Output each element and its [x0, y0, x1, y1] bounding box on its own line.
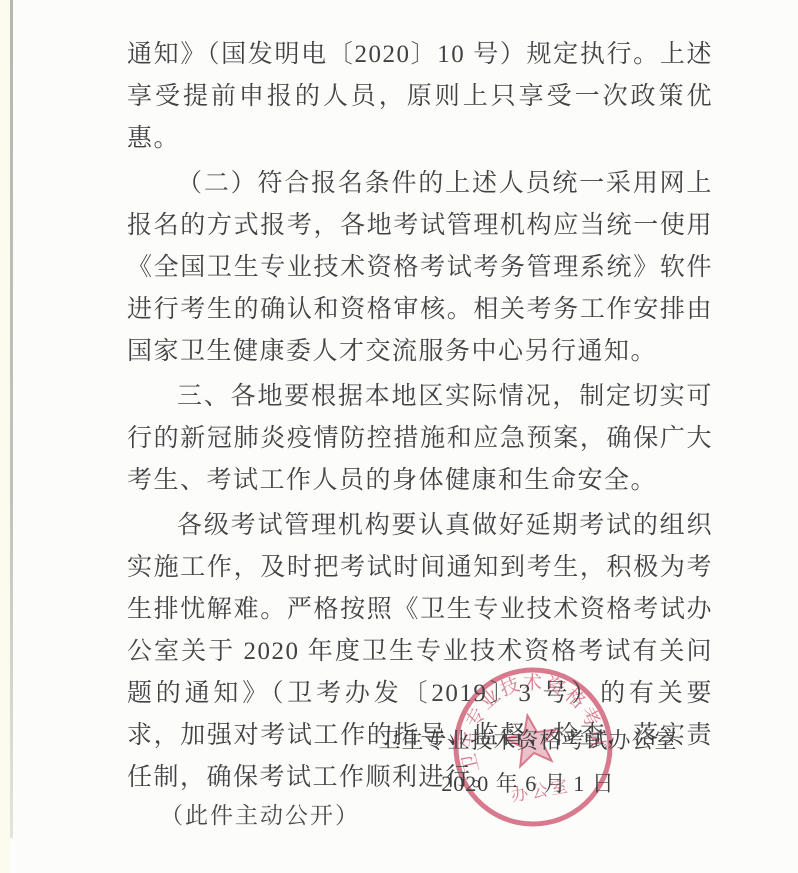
paragraph-continuation: 通知》（国发明电〔2020〕10 号）规定执行。上述享受提前申报的人员，原则上只… — [127, 34, 713, 160]
footer-note: （此件主动公开） — [160, 797, 360, 830]
paragraph-registration: （二）符合报名条件的上述人员统一采用网上报名的方式报考，各地考试管理机构应当统一… — [127, 163, 713, 373]
paragraph-epidemic-prevention: 三、各地要根据本地区实际情况，制定切实可行的新冠肺炎疫情防控措施和应急预案，确保… — [127, 376, 713, 502]
signature-date: 2020 年 6 月 1 日 — [378, 770, 678, 798]
scan-edge-line — [10, 0, 13, 838]
scan-edge-strip — [0, 0, 10, 873]
document-body: 通知》（国发明电〔2020〕10 号）规定执行。上述享受提前申报的人员，原则上只… — [127, 34, 713, 802]
signature-office: 卫生专业技术资格考试办公室 — [378, 726, 678, 756]
signature-block: 卫生专业技术资格考试办公室 2020 年 6 月 1 日 — [378, 726, 678, 798]
